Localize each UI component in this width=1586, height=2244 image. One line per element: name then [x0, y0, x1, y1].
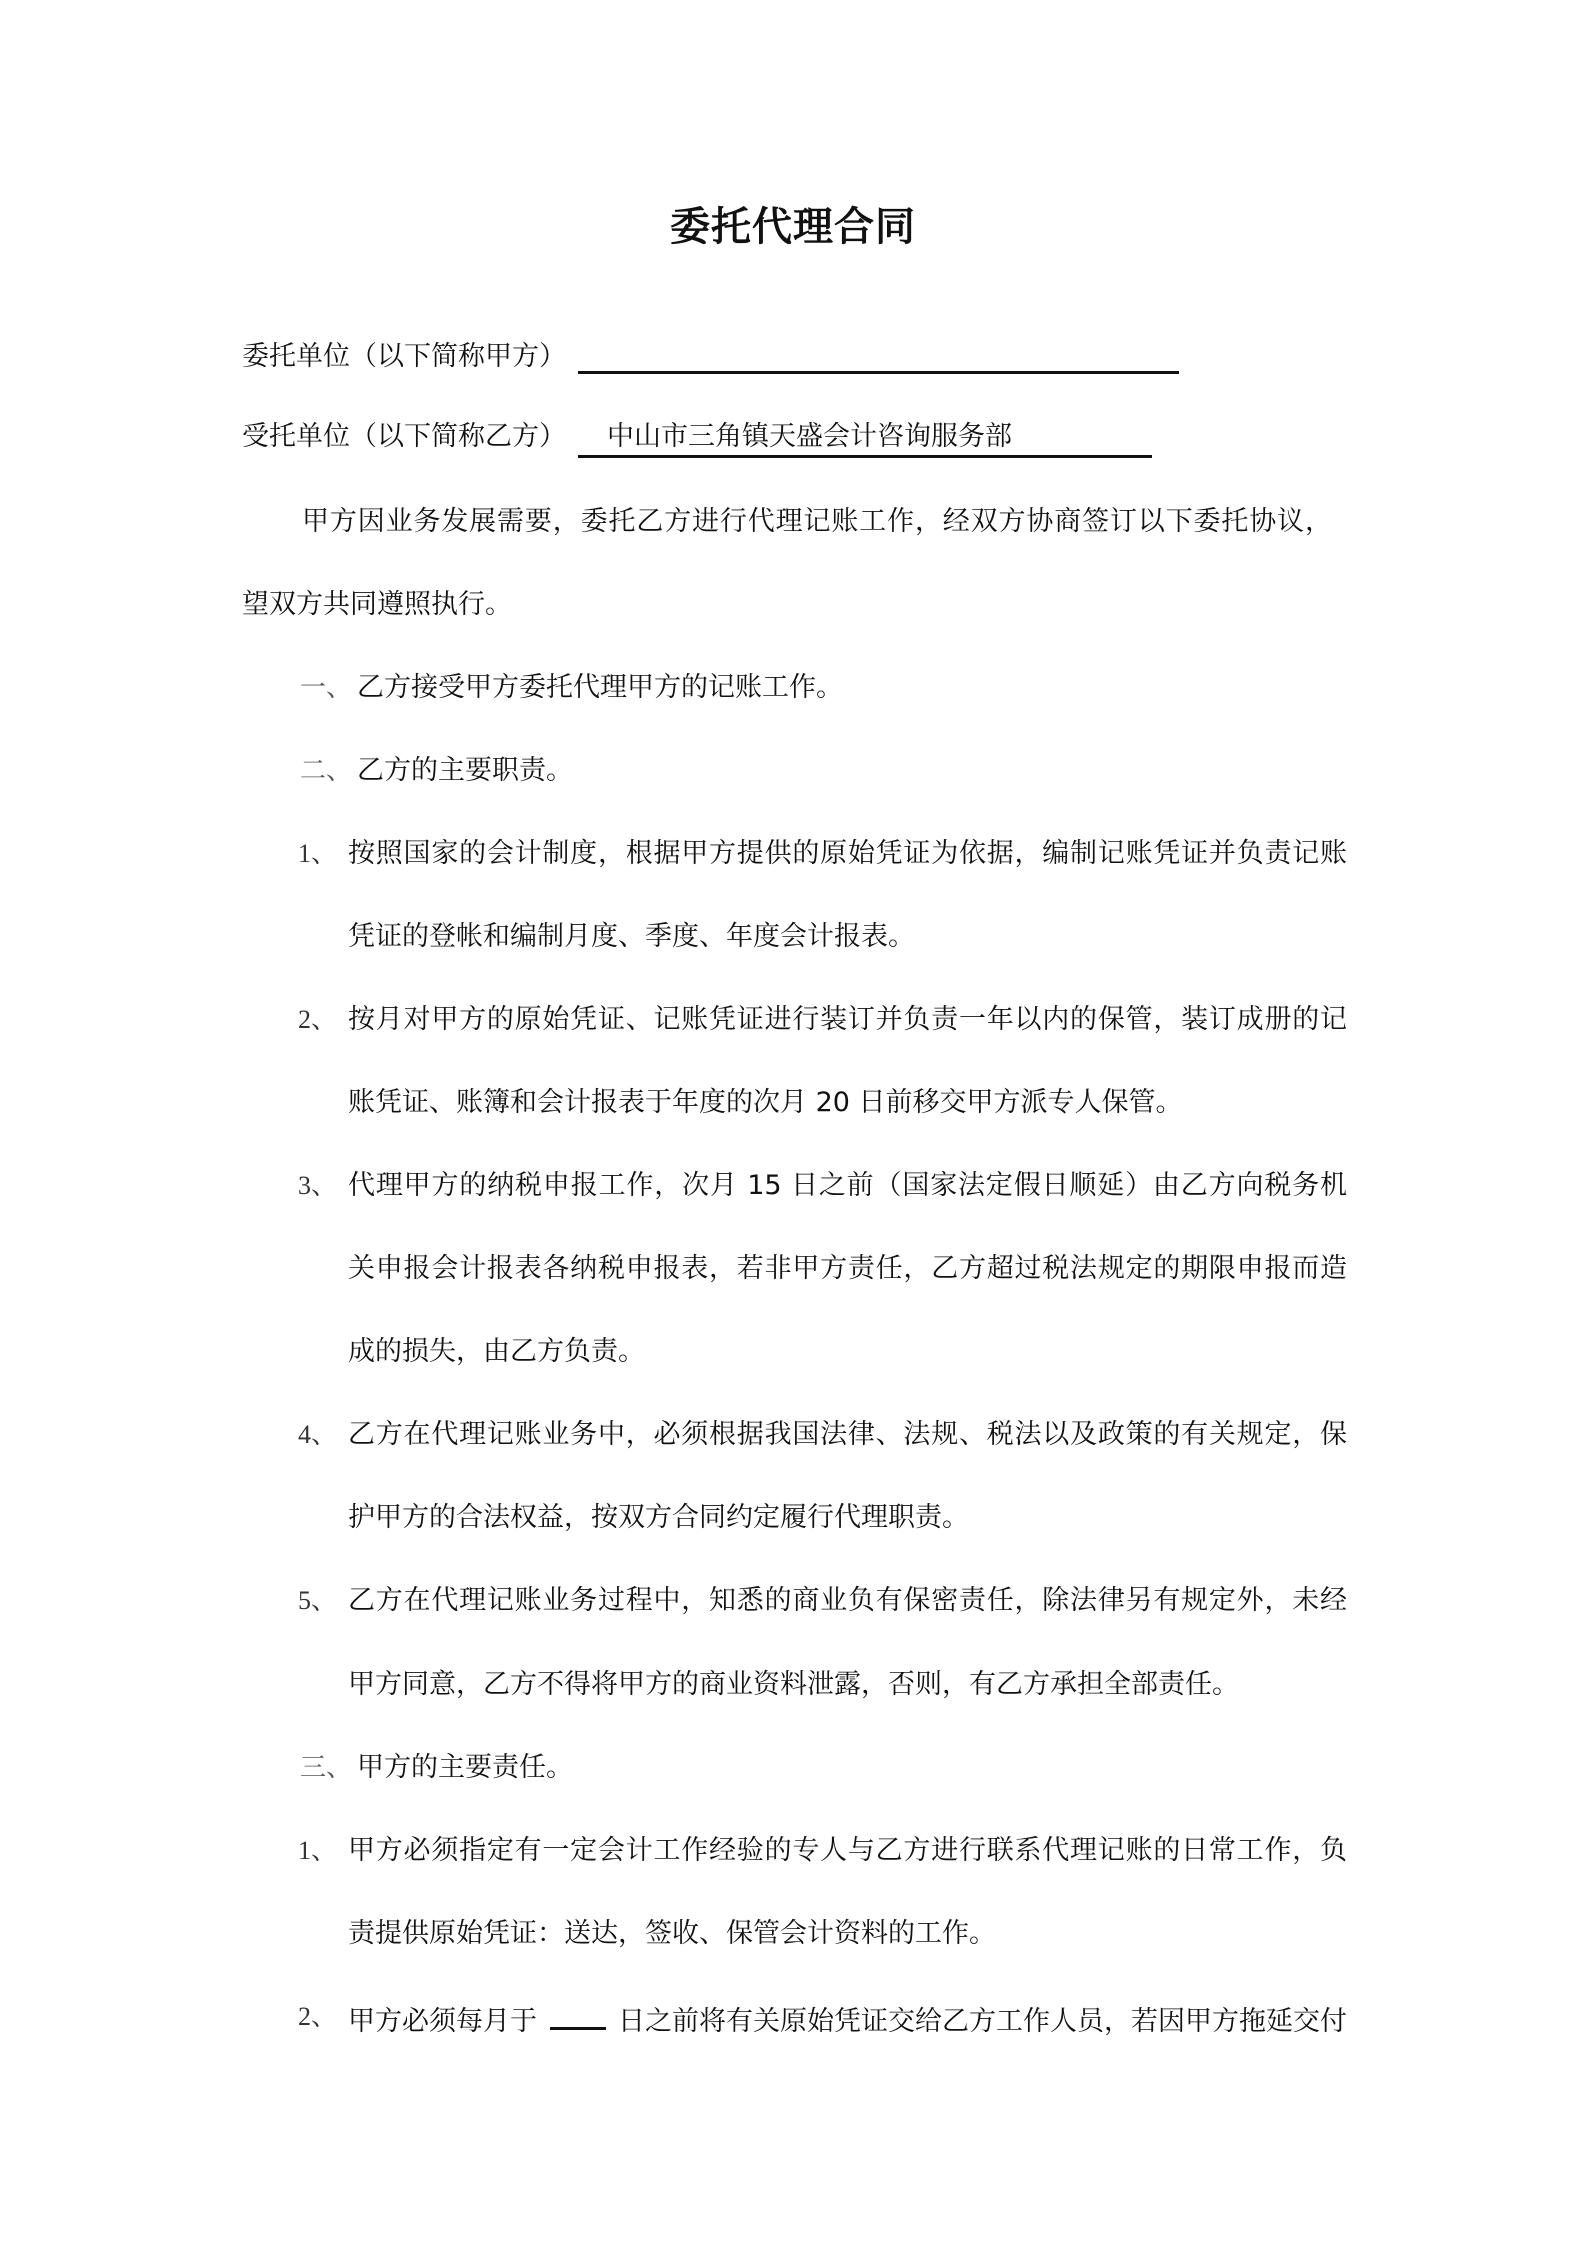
agent-label: 受托单位（以下简称乙方）: [242, 417, 566, 457]
item-number: 1、: [298, 834, 337, 874]
item-text-before-blank: 甲方必须每月于: [348, 2002, 537, 2042]
agent-value[interactable]: 中山市三角镇天盛会计咨询服务部: [607, 417, 1012, 457]
day-blank-field[interactable]: [550, 1997, 606, 2030]
section-2-heading: 乙方的主要职责。: [357, 751, 573, 791]
item-number: 1、: [298, 1831, 337, 1871]
item-line: 责提供原始凭证：送达，签收、保管会计资料的工作。: [348, 1914, 996, 1954]
section-1-marker: 一、: [300, 668, 352, 708]
item-number: 2、: [298, 1000, 337, 1040]
section-2-marker: 二、: [300, 751, 352, 791]
item-line: 账凭证、账簿和会计报表于年度的次月 20 日前移交甲方派专人保管。: [348, 1083, 1183, 1123]
item-line: 甲方同意，乙方不得将甲方的商业资料泄露，否则，有乙方承担全部责任。: [348, 1665, 1239, 1705]
item-line: 按照国家的会计制度，根据甲方提供的原始凭证为依据，编制记账凭证并负责记账: [348, 834, 1347, 874]
intro-line-1: 甲方因业务发展需要，委托乙方进行代理记账工作，经双方协商签订以下委托协议，: [302, 502, 1332, 542]
item-number: 5、: [298, 1581, 337, 1621]
item-line: 凭证的登帐和编制月度、季度、年度会计报表。: [348, 917, 915, 957]
document-title: 委托代理合同: [0, 204, 1586, 250]
item-line: 关申报会计报表各纳税申报表，若非甲方责任，乙方超过税法规定的期限申报而造: [348, 1249, 1347, 1289]
section-3-marker: 三、: [300, 1748, 352, 1788]
client-label: 委托单位（以下简称甲方）: [242, 337, 566, 377]
item-number: 4、: [298, 1415, 337, 1455]
item-text-after-blank: 日之前将有关原始凭证交给乙方工作人员，若因甲方拖延交付: [618, 2002, 1347, 2042]
item-line-with-blank: 甲方必须每月于 日之前将有关原始凭证交给乙方工作人员，若因甲方拖延交付: [348, 1997, 1347, 2037]
item-line: 乙方在代理记账业务过程中，知悉的商业负有保密责任，除法律另有规定外，未经: [348, 1581, 1347, 1621]
item-line: 成的损失，由乙方负责。: [348, 1332, 645, 1372]
section-3-heading: 甲方的主要责任。: [357, 1748, 573, 1788]
intro-line-2: 望双方共同遵照执行。: [242, 585, 512, 625]
item-line: 代理甲方的纳税申报工作，次月 15 日之前（国家法定假日顺延）由乙方向税务机: [348, 1166, 1347, 1206]
item-line: 甲方必须指定有一定会计工作经验的专人与乙方进行联系代理记账的日常工作，负: [348, 1831, 1347, 1871]
item-number: 2、: [298, 1997, 337, 2037]
item-line: 按月对甲方的原始凭证、记账凭证进行装订并负责一年以内的保管，装订成册的记: [348, 1000, 1347, 1040]
client-underline[interactable]: [578, 371, 1179, 374]
item-line: 护甲方的合法权益，按双方合同约定履行代理职责。: [348, 1498, 969, 1538]
section-1-heading: 乙方接受甲方委托代理甲方的记账工作。: [357, 668, 843, 708]
item-line: 乙方在代理记账业务中，必须根据我国法律、法规、税法以及政策的有关规定，保: [348, 1415, 1347, 1455]
item-number: 3、: [298, 1166, 337, 1206]
